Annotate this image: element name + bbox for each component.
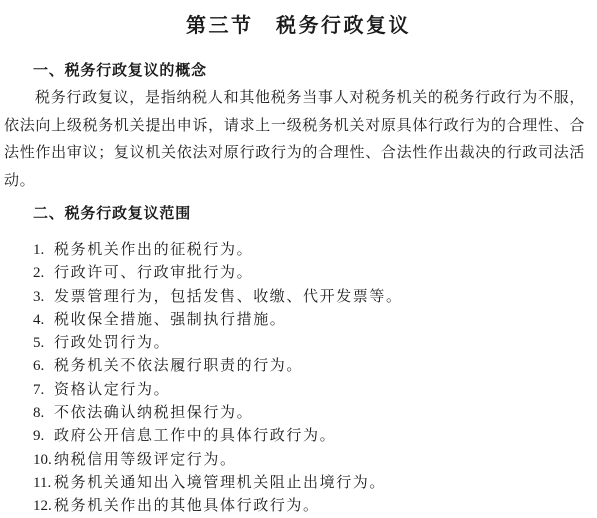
- list-item-number: 6.: [33, 355, 54, 378]
- list-item: 9.政府公开信息工作中的具体行政行为。: [33, 425, 593, 448]
- list-item-number: 9.: [33, 425, 54, 448]
- list-item-number: 7.: [33, 379, 54, 402]
- list-item: 1.税务机关作出的征税行为。: [33, 239, 593, 262]
- list-item-text: 不依法确认纳税担保行为。: [54, 405, 253, 421]
- list-item-number: 2.: [33, 262, 54, 285]
- list-item: 5.行政处罚行为。: [33, 332, 593, 355]
- list-item-number: 1.: [33, 239, 54, 262]
- list-item-text: 税务机关作出的其他具体行政行为。: [54, 498, 320, 514]
- list-item-text: 税务机关通知出入境管理机关阻止出境行为。: [54, 475, 386, 491]
- list-item-text: 发票管理行为，包括发售、收缴、代开发票等。: [54, 289, 403, 305]
- list-item-text: 税务机关不依法履行职责的行为。: [54, 358, 303, 374]
- list-item-text: 资格认定行为。: [54, 382, 170, 398]
- list-item-number: 8.: [33, 402, 54, 425]
- list-item-text: 行政处罚行为。: [54, 335, 170, 351]
- scope-list: 1.税务机关作出的征税行为。 2.行政许可、行政审批行为。 3.发票管理行为，包…: [33, 239, 593, 518]
- list-item-number: 10.: [33, 449, 54, 472]
- list-item: 10.纳税信用等级评定行为。: [33, 449, 593, 472]
- list-item-text: 税务机关作出的征税行为。: [54, 242, 253, 258]
- list-item-number: 12.: [33, 495, 54, 518]
- concept-paragraph: 税务行政复议，是指纳税人和其他税务当事人对税务机关的税务行政行为不服，依法向上级…: [4, 85, 585, 195]
- list-item-number: 3.: [33, 286, 54, 309]
- list-item: 3.发票管理行为，包括发售、收缴、代开发票等。: [33, 286, 593, 309]
- list-item-number: 4.: [33, 309, 54, 332]
- section-title: 第三节 税务行政复议: [0, 9, 597, 38]
- list-item: 7.资格认定行为。: [33, 379, 593, 402]
- list-item: 12.税务机关作出的其他具体行政行为。: [33, 495, 593, 518]
- list-item: 11.税务机关通知出入境管理机关阻止出境行为。: [33, 472, 593, 495]
- list-item-text: 税收保全措施、强制执行措施。: [54, 312, 286, 328]
- list-item: 6.税务机关不依法履行职责的行为。: [33, 355, 593, 378]
- list-item-text: 行政许可、行政审批行为。: [54, 265, 253, 281]
- list-item-number: 5.: [33, 332, 54, 355]
- list-item: 8.不依法确认纳税担保行为。: [33, 402, 593, 425]
- list-item-number: 11.: [33, 472, 54, 495]
- list-item: 2.行政许可、行政审批行为。: [33, 262, 593, 285]
- document-page: 第三节 税务行政复议 一、税务行政复议的概念 税务行政复议，是指纳税人和其他税务…: [0, 0, 597, 518]
- subheading-scope: 二、税务行政复议范围: [33, 202, 191, 223]
- list-item-text: 纳税信用等级评定行为。: [54, 452, 237, 468]
- list-item-text: 政府公开信息工作中的具体行政行为。: [54, 428, 336, 444]
- subheading-concept: 一、税务行政复议的概念: [33, 59, 207, 80]
- list-item: 4.税收保全措施、强制执行措施。: [33, 309, 593, 332]
